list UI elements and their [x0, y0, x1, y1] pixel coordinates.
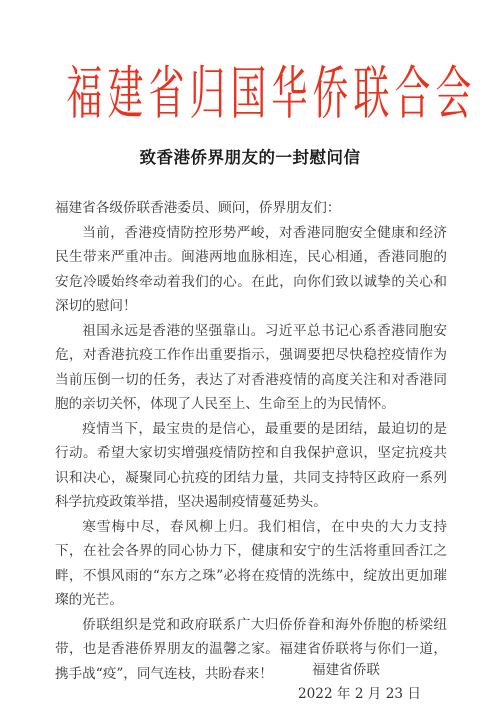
letterhead-char: 华: [272, 49, 304, 137]
letterhead-char: 归: [190, 49, 222, 137]
signature-org: 福建省侨联: [312, 658, 380, 678]
paragraph: 疫情当下，最宝贵的是信心，最重要的是团结，最迫切的是行动。希望大家切实增强疫情防…: [55, 417, 447, 515]
salutation: 福建省各级侨联香港委员、顾问，侨界朋友们：: [55, 196, 447, 221]
letterhead-char: 福: [67, 49, 99, 137]
letterhead-char: 合: [395, 49, 427, 137]
paragraph: 祖国永远是香港的坚强靠山。习近平总书记心系香港同胞安危，对香港抗疫工作作出重要指…: [55, 319, 447, 417]
paragraph: 当前，香港疫情防控形势严峻，对香港同胞安全健康和经济民生带来严重冲击。闽港两地血…: [55, 221, 447, 319]
letterhead-char: 联: [354, 49, 386, 137]
letterhead-char: 建: [108, 49, 140, 137]
paragraph: 寒雪梅中尽，春风柳上归。我们相信，在中央的大力支持下，在社会各界的同心协力下，健…: [55, 515, 447, 613]
letterhead-char: 侨: [313, 49, 345, 137]
letterhead: 福 建 省 归 国 华 侨 联 合 会: [62, 58, 438, 128]
paragraph: 侨联组织是党和政府联系广大归侨侨眷和海外侨胞的桥梁纽带，也是香港侨界朋友的温馨之…: [55, 613, 447, 687]
letter-title: 致香港侨界朋友的一封慰问信: [0, 144, 500, 168]
letterhead-char: 省: [149, 49, 181, 137]
letter-body: 福建省各级侨联香港委员、顾问，侨界朋友们： 当前，香港疫情防控形势严峻，对香港同…: [55, 196, 447, 686]
letterhead-char: 会: [436, 49, 468, 137]
letterhead-char: 国: [231, 49, 263, 137]
signature-date: 2022 年 2 月 23 日: [298, 682, 421, 702]
